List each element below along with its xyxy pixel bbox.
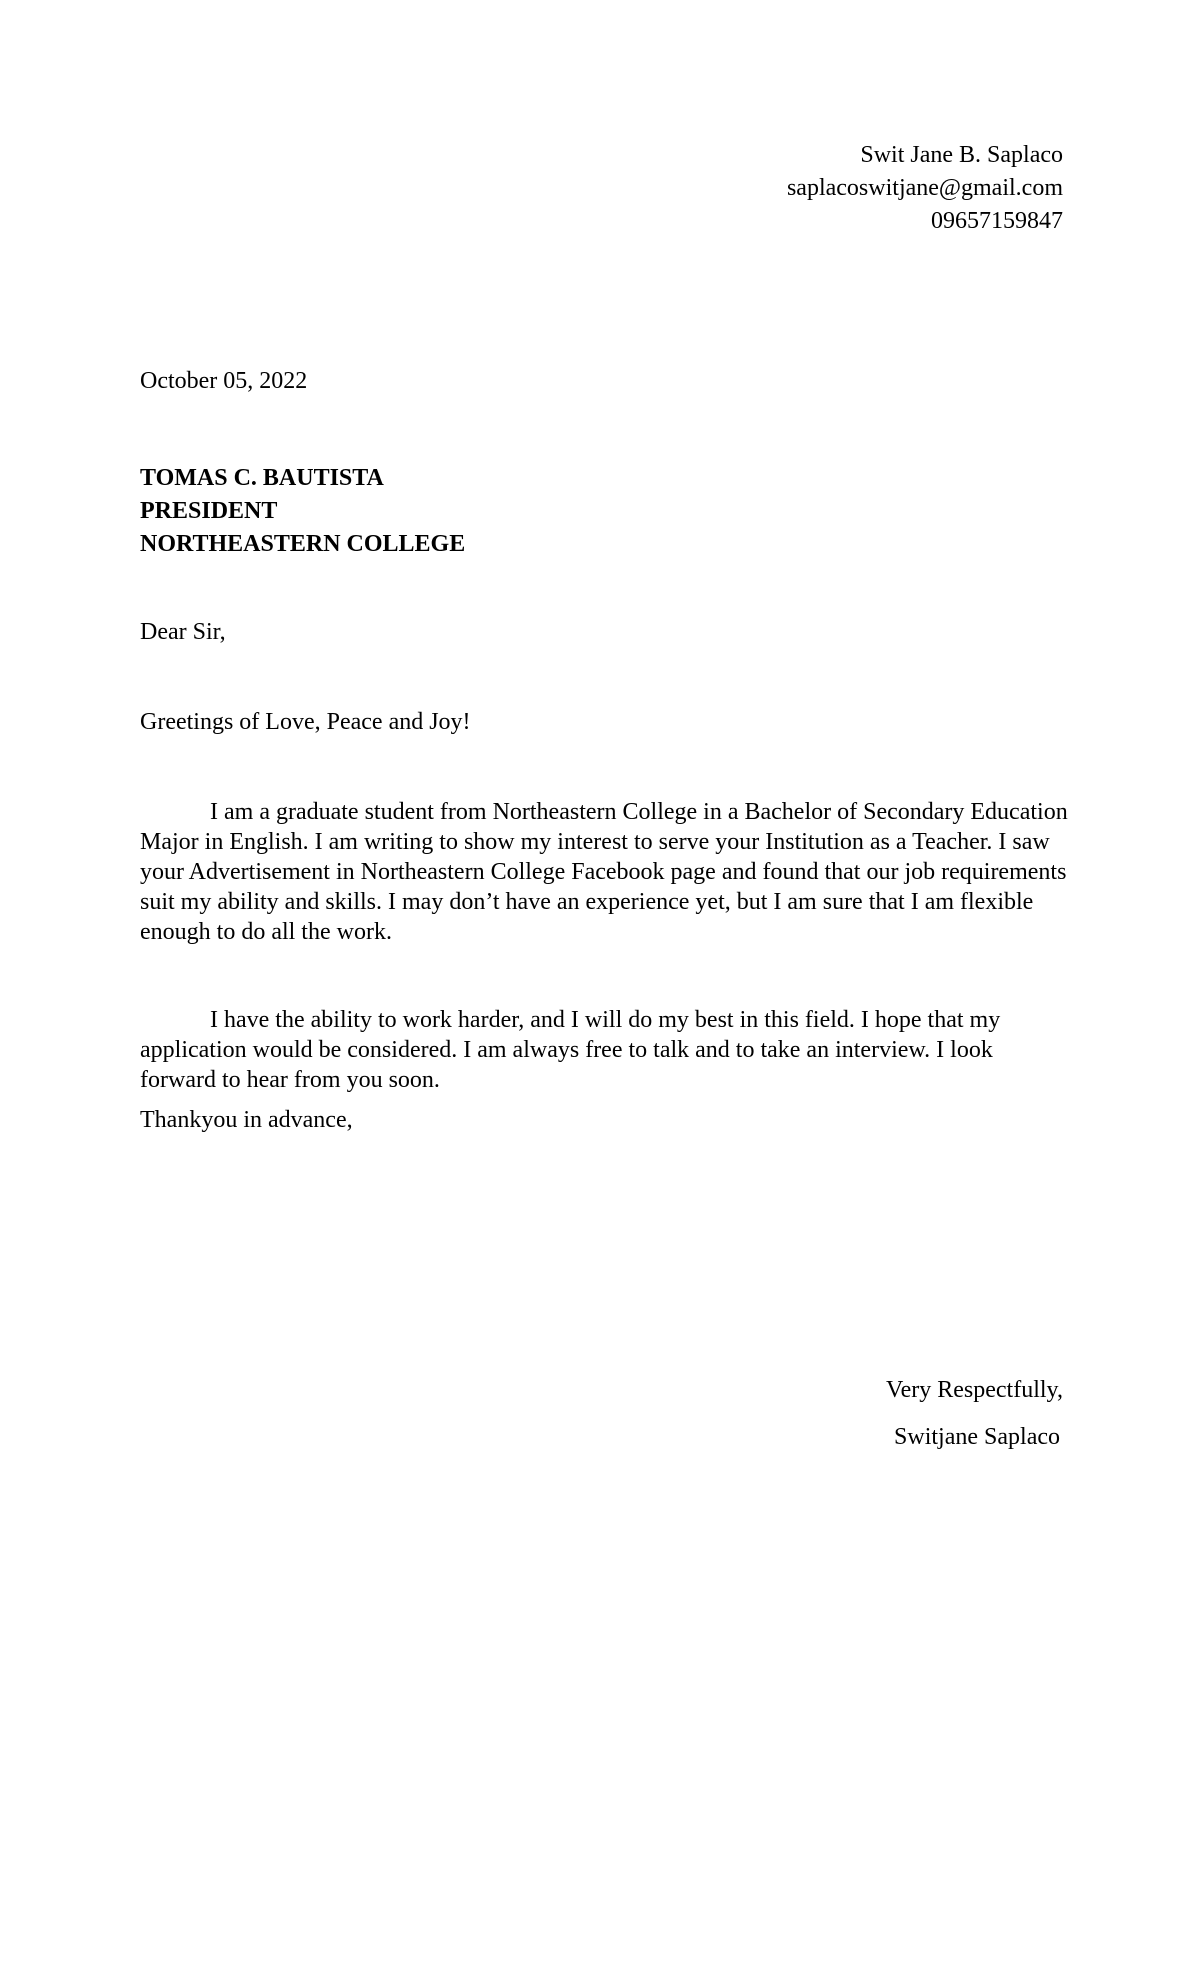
body-paragraph-2: I have the ability to work harder, and I… — [140, 1005, 1070, 1095]
body-paragraph-1: I am a graduate student from Northeaster… — [140, 797, 1070, 947]
sender-email: saplacoswitjane@gmail.com — [787, 172, 1063, 205]
letter-date: October 05, 2022 — [140, 366, 307, 396]
recipient-name: TOMAS C. BAUTISTA — [140, 462, 465, 495]
signature-name: Switjane Saplaco — [894, 1422, 1060, 1452]
recipient-block: TOMAS C. BAUTISTA PRESIDENT NORTHEASTERN… — [140, 462, 465, 561]
sender-phone: 09657159847 — [787, 205, 1063, 238]
recipient-institution: NORTHEASTERN COLLEGE — [140, 528, 465, 561]
salutation: Dear Sir, — [140, 617, 226, 647]
closing-line: Very Respectfully, — [886, 1375, 1063, 1405]
greeting-line: Greetings of Love, Peace and Joy! — [140, 707, 471, 737]
pre-closing-line: Thankyou in advance, — [140, 1105, 353, 1135]
sender-name: Swit Jane B. Saplaco — [787, 139, 1063, 172]
sender-contact-block: Swit Jane B. Saplaco saplacoswitjane@gma… — [787, 139, 1063, 238]
recipient-title: PRESIDENT — [140, 495, 465, 528]
letter-page: Swit Jane B. Saplaco saplacoswitjane@gma… — [0, 0, 1200, 1976]
